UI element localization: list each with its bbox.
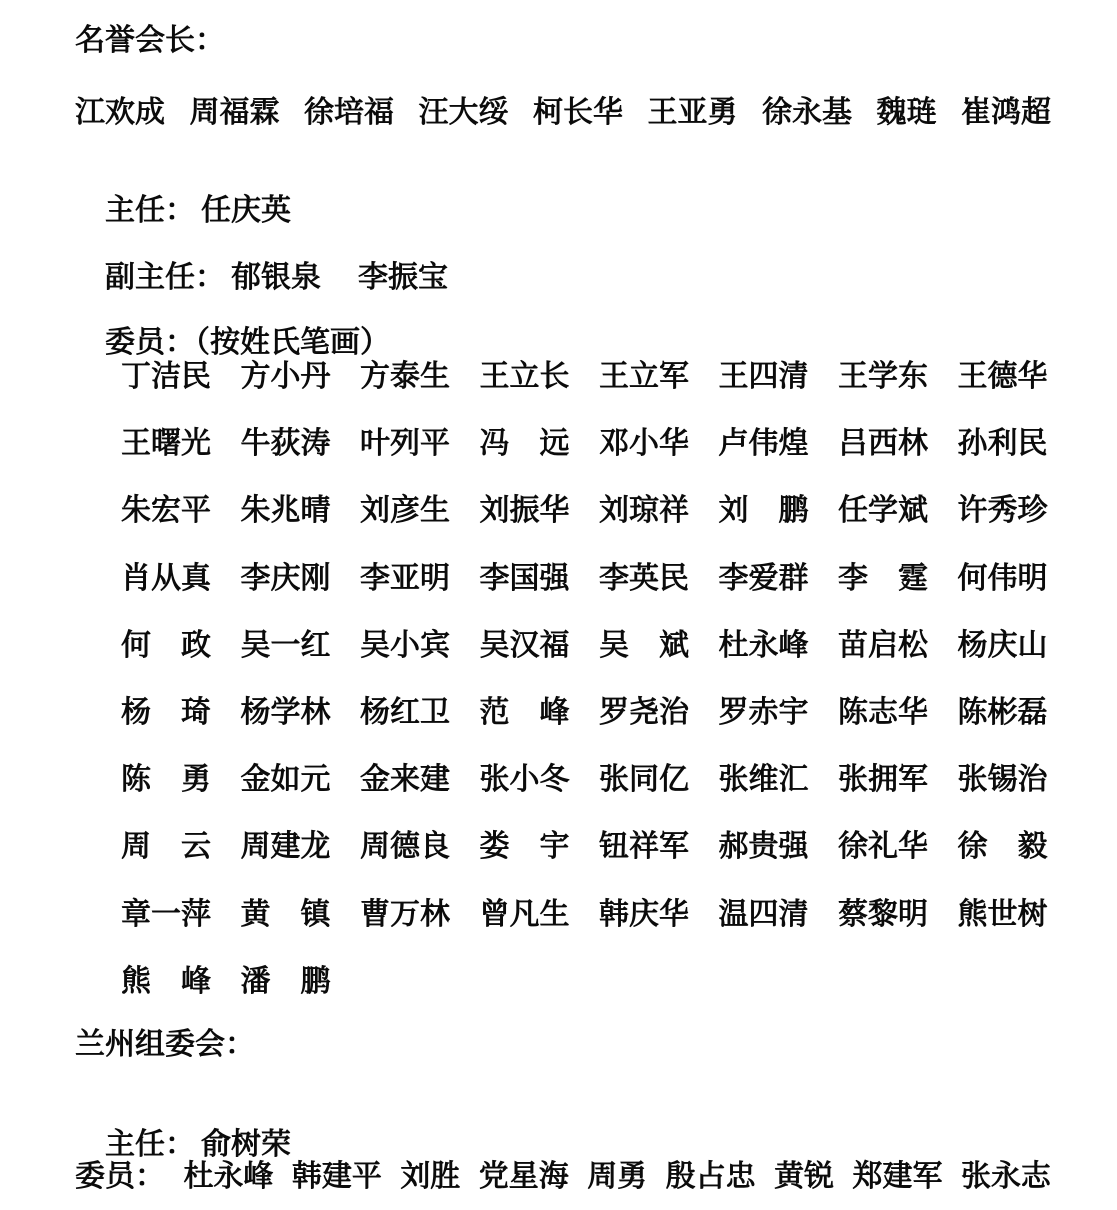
person-name: 钮祥军 [599, 830, 719, 897]
person-name: 黄 镇 [241, 898, 361, 965]
person-name: 陈 勇 [121, 763, 241, 830]
person-name: 熊世树 [958, 898, 1078, 965]
person-name: 张维汇 [719, 763, 839, 830]
person-name: 李英民 [599, 562, 719, 629]
person-name: 张拥军 [838, 763, 958, 830]
person-name: 陈彬磊 [958, 696, 1078, 763]
committee-label: 委员： [105, 326, 195, 359]
person-name: 周建龙 [241, 830, 361, 897]
person-name: 杜永峰 [719, 629, 839, 696]
person-name: 党星海 [479, 1160, 569, 1194]
person-name: 李庆刚 [241, 562, 361, 629]
person-name: 金如元 [241, 763, 361, 830]
person-name: 徐培福 [304, 96, 394, 130]
person-name: 俞树荣 [201, 1128, 291, 1161]
person-name: 韩建平 [292, 1160, 382, 1194]
person-name: 曾凡生 [480, 898, 600, 965]
lanzhou-committee-line: 委员： 杜永峰 韩建平 刘胜 党星海 周勇 殷占忠 黄锐 郑建军 张永志 [75, 1160, 1051, 1194]
person-name: 王四清 [719, 360, 839, 427]
person-name: 王德华 [958, 360, 1078, 427]
person-name: 方泰生 [360, 360, 480, 427]
person-name: 王亚勇 [648, 96, 738, 130]
person-name: 蔡黎明 [838, 898, 958, 965]
person-name: 肖从真 [121, 562, 241, 629]
person-name: 范 峰 [480, 696, 600, 763]
person-name: 杨庆山 [958, 629, 1078, 696]
person-name: 苗启松 [838, 629, 958, 696]
person-name: 吴 斌 [599, 629, 719, 696]
person-name: 杨学林 [241, 696, 361, 763]
person-name: 黄锐 [774, 1160, 834, 1194]
person-name: 曹万林 [360, 898, 480, 965]
person-name: 李振宝 [358, 261, 448, 294]
person-name: 牛荻涛 [241, 427, 361, 494]
person-name: 刘彦生 [360, 494, 480, 561]
person-name: 吕西林 [838, 427, 958, 494]
person-name: 刘胜 [400, 1160, 460, 1194]
person-name: 魏琏 [877, 96, 937, 130]
person-name: 江欢成 [75, 96, 165, 130]
person-name: 汪大绥 [419, 96, 509, 130]
person-name: 娄 宇 [480, 830, 600, 897]
person-name: 郝贵强 [719, 830, 839, 897]
person-name: 吴小宾 [360, 629, 480, 696]
person-name: 潘 鹏 [241, 965, 361, 1032]
person-name: 李 霆 [838, 562, 958, 629]
person-name: 杨 琦 [121, 696, 241, 763]
person-name: 王立军 [599, 360, 719, 427]
deputy-director-label: 副主任： [105, 261, 225, 294]
person-name: 冯 远 [480, 427, 600, 494]
person-name: 刘振华 [480, 494, 600, 561]
person-name: 吴汉福 [480, 629, 600, 696]
person-name: 丁洁民 [121, 360, 241, 427]
honorary-chairman-names: 江欢成 周福霖 徐培福 汪大绥 柯长华 王亚勇 徐永基 魏琏 崔鸿超 [75, 96, 1051, 130]
person-name: 刘 鹏 [719, 494, 839, 561]
person-name: 任学斌 [838, 494, 958, 561]
person-name: 张同亿 [599, 763, 719, 830]
person-name: 罗赤宇 [719, 696, 839, 763]
person-name: 郑建军 [853, 1160, 943, 1194]
person-name: 王学东 [838, 360, 958, 427]
person-name: 周福霖 [190, 96, 280, 130]
person-name: 方小丹 [241, 360, 361, 427]
committee-sort-note: （按姓氏笔画） [195, 326, 390, 359]
person-name: 孙利民 [958, 427, 1078, 494]
person-name: 李爱群 [719, 562, 839, 629]
person-name: 韩庆华 [599, 898, 719, 965]
person-name: 徐永基 [762, 96, 852, 130]
honorary-chairman-heading: 名誉会长： [75, 24, 225, 58]
person-name: 何伟明 [958, 562, 1078, 629]
person-name: 柯长华 [533, 96, 623, 130]
person-name: 周勇 [587, 1160, 647, 1194]
person-name: 任庆英 [201, 194, 291, 227]
person-name: 邓小华 [599, 427, 719, 494]
person-name: 殷占忠 [666, 1160, 756, 1194]
person-name: 郁银泉 [231, 261, 321, 294]
person-name: 章一萍 [121, 898, 241, 965]
person-name: 朱宏平 [121, 494, 241, 561]
person-name: 叶列平 [360, 427, 480, 494]
person-name: 张锡治 [958, 763, 1078, 830]
person-name: 吴一红 [241, 629, 361, 696]
person-name: 温四清 [719, 898, 839, 965]
person-name: 王立长 [480, 360, 600, 427]
person-name: 徐 毅 [958, 830, 1078, 897]
person-name: 崔鸿超 [961, 96, 1051, 130]
person-name: 李亚明 [360, 562, 480, 629]
person-name: 徐礼华 [838, 830, 958, 897]
person-name: 金来建 [360, 763, 480, 830]
document-page: 名誉会长： 江欢成 周福霖 徐培福 汪大绥 柯长华 王亚勇 徐永基 魏琏 崔鸿超… [0, 0, 1117, 1210]
lanzhou-director-label: 主任： [105, 1128, 195, 1161]
lanzhou-committee-heading: 兰州组委会： [75, 1028, 255, 1062]
person-name: 许秀珍 [958, 494, 1078, 561]
person-name: 卢伟煌 [719, 427, 839, 494]
person-name: 陈志华 [838, 696, 958, 763]
person-name: 周 云 [121, 830, 241, 897]
person-name: 熊 峰 [121, 965, 241, 1032]
person-name: 张小冬 [480, 763, 600, 830]
person-name: 李国强 [480, 562, 600, 629]
person-name: 王曙光 [121, 427, 241, 494]
person-name: 何 政 [121, 629, 241, 696]
person-name: 张永志 [961, 1160, 1051, 1194]
person-name: 朱兆晴 [241, 494, 361, 561]
director-label: 主任： [105, 194, 195, 227]
person-name: 杜永峰 [183, 1160, 273, 1194]
lanzhou-committee-label: 委员： [75, 1160, 165, 1194]
person-name: 刘琼祥 [599, 494, 719, 561]
person-name: 杨红卫 [360, 696, 480, 763]
person-name: 罗尧治 [599, 696, 719, 763]
committee-grid: 丁洁民 方小丹 方泰生 王立长 王立军 王四清 王学东 王德华 王曙光 牛荻涛 … [121, 360, 1077, 1032]
person-name: 周德良 [360, 830, 480, 897]
